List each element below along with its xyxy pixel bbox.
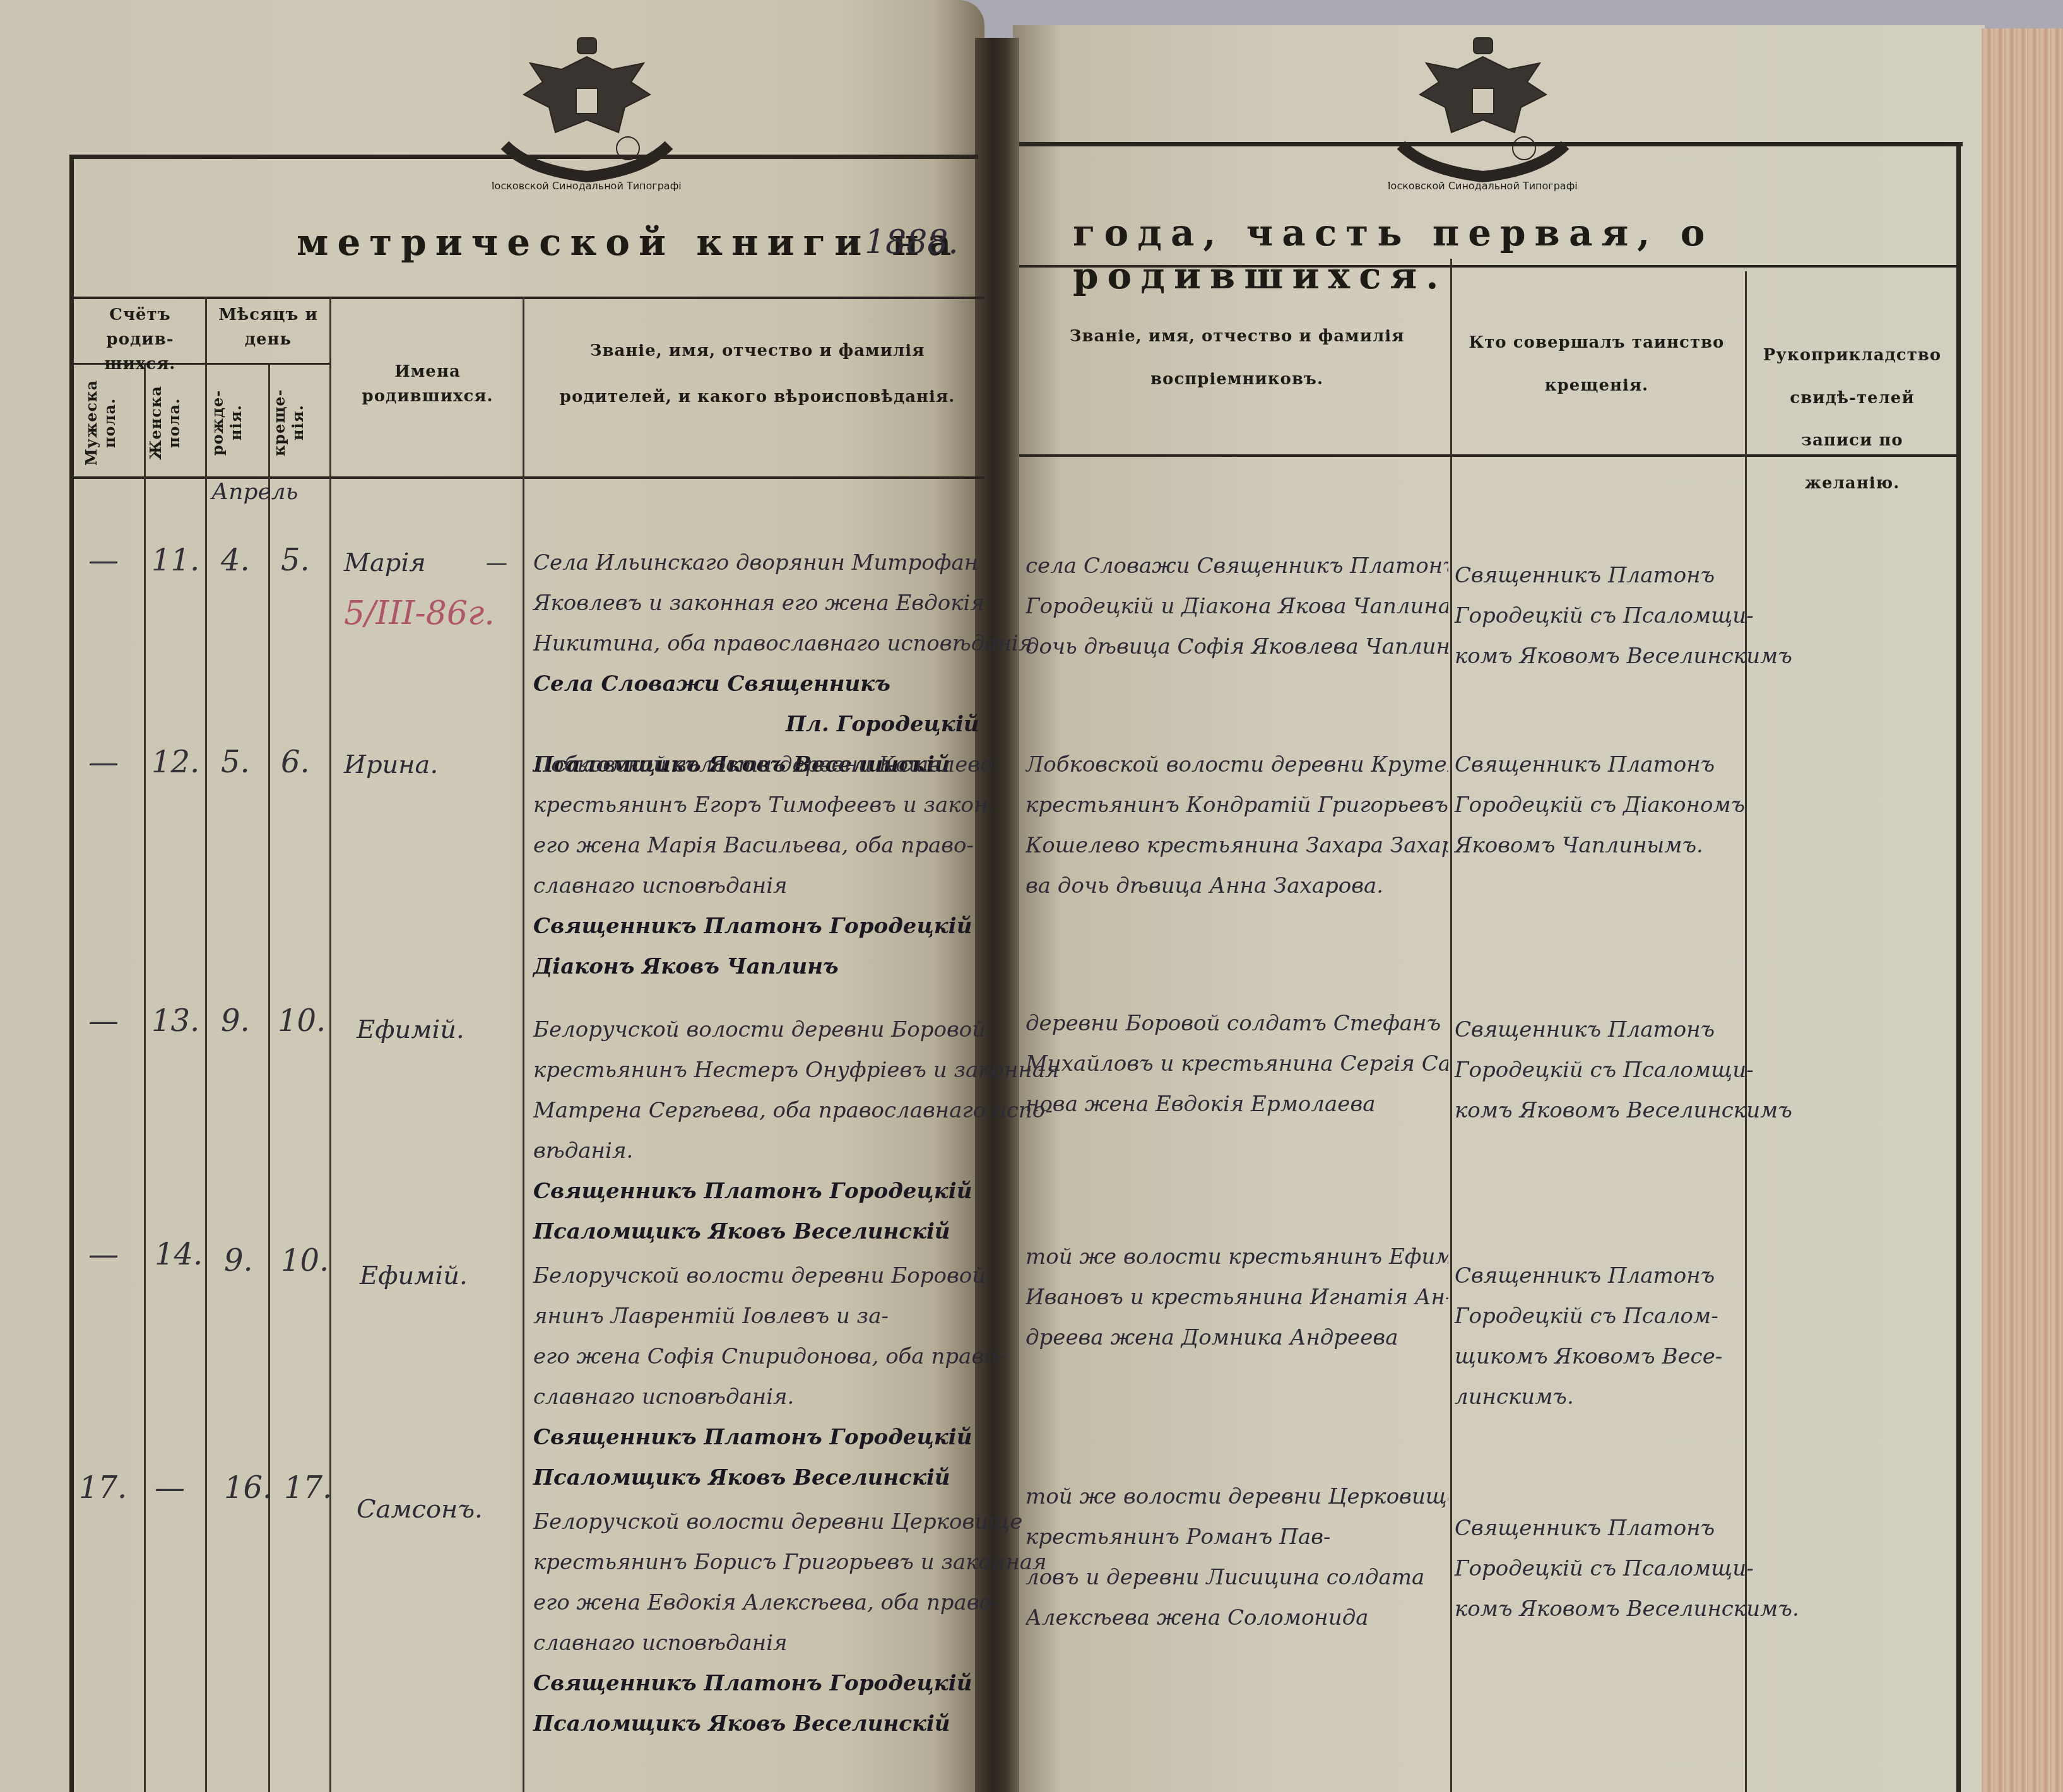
- left-frame-side: [69, 155, 74, 1792]
- col-line: [523, 297, 524, 1792]
- svg-text:Московской Синодальной Типогра: Московской Синодальной Типографіи: [492, 180, 682, 192]
- performed-line: Священникъ Платонъ: [1455, 1508, 1745, 1548]
- entry-child-name: Ефимій.: [357, 1010, 464, 1050]
- godparents-line: ва дочь дѣвица Анна Захарова.: [1026, 866, 1448, 906]
- entry-female-count: 13.: [151, 1003, 199, 1039]
- parents-line: вѣданія.: [533, 1131, 975, 1171]
- left-header-top-line: [73, 297, 984, 299]
- godparents-line: Городецкій и Діакона Якова Чаплина: [1026, 586, 1448, 627]
- godparents-line: дреева жена Домника Андреева: [1026, 1317, 1448, 1358]
- performed-line: комъ Яковомъ Веселинскимъ.: [1455, 1589, 1745, 1629]
- godparents-line: Ивановъ и крестьянина Игнатія Ан-: [1026, 1277, 1448, 1317]
- entry-performed-by: Священникъ Платонъ Городецкій съ Діаконо…: [1455, 745, 1745, 866]
- parents-line: Лобковской волости деревни Кошелево: [533, 745, 975, 785]
- godparents-line: той же волости крестьянинъ Ефимъ: [1026, 1237, 1448, 1277]
- right-frame-top: [1019, 142, 1963, 146]
- signature-line: Священникъ Платонъ Городецкій: [533, 906, 975, 946]
- header-count-born: Счётъ родив-шихся.: [74, 303, 206, 377]
- parents-line: крестьянинъ Егоръ Тимофеевъ и закон.: [533, 785, 975, 825]
- signature-line: Псаломщикъ Яковъ Веселинскій: [533, 1211, 975, 1252]
- right-page-title: года, часть первая, о родившихся.: [1073, 211, 2063, 297]
- header-month-day: Мѣсяцъ и день: [207, 303, 329, 352]
- entry-female-count: —: [155, 1470, 185, 1506]
- entry-godparents: деревни Боровой солдатъ Стефанъ Михайлов…: [1026, 1003, 1448, 1124]
- signature-line: Діаконъ Яковъ Чаплинъ: [533, 946, 975, 987]
- year-handwritten: 1888.: [865, 222, 959, 262]
- performed-line: Священникъ Платонъ: [1455, 1010, 1745, 1050]
- performed-line: Городецкій съ Псаломщи-: [1455, 1050, 1745, 1090]
- entry-child-name: Самсонъ.: [357, 1489, 483, 1530]
- entry-male-count: —: [88, 745, 119, 780]
- godparents-line: ловъ и деревни Лисицина солдата: [1026, 1557, 1448, 1598]
- performed-line: комъ Яковомъ Веселинскимъ: [1455, 1090, 1745, 1131]
- header-godparents: Званіе, имя, отчество и фамилія воспріем…: [1035, 315, 1439, 401]
- performed-line: Городецкій съ Псаломщи-: [1455, 1548, 1745, 1589]
- entry-male-count: 17.: [79, 1470, 127, 1506]
- godparents-line: деревни Боровой солдатъ Стефанъ: [1026, 1003, 1448, 1044]
- godparents-line: нова жена Евдокія Ермолаева: [1026, 1084, 1448, 1124]
- parents-line: Села Ильинскаго дворянин Митрофан: [533, 543, 975, 583]
- entry-birth-day: 9.: [224, 1243, 253, 1278]
- entry-godparents: той же волости крестьянинъ Ефимъ Ивановъ…: [1026, 1237, 1448, 1358]
- entry-baptism-day: 10.: [278, 1003, 326, 1039]
- imperial-eagle-emblem-icon: Московской Синодальной Типографіи: [1388, 13, 1578, 196]
- performed-line: Яковомъ Чаплинымъ.: [1455, 825, 1745, 866]
- parents-line: Никитина, оба православнаго исповѣданія: [533, 623, 975, 664]
- performed-line: Священникъ Платонъ: [1455, 1256, 1745, 1296]
- header-male: Мужеска пола.: [82, 375, 139, 470]
- entry-godparents: той же волости деревни Церковище крестья…: [1026, 1477, 1448, 1638]
- parents-line: Матрена Сергѣева, оба православнаго испо…: [533, 1090, 975, 1131]
- header-birth-day: рожде-нія.: [208, 375, 265, 470]
- entry-female-count: 11.: [151, 543, 199, 578]
- col-line: [329, 297, 331, 1792]
- entry-female-count: 14.: [155, 1237, 203, 1272]
- performed-line: Городецкій съ Псалом-: [1455, 1296, 1745, 1336]
- performed-line: линскимъ.: [1455, 1377, 1745, 1417]
- signature-line: Псаломщикъ Яковъ Веселинскій: [533, 1704, 975, 1744]
- entry-dash: —: [486, 543, 507, 583]
- entry-child-name: Марія: [344, 543, 426, 583]
- header-names: Имена родившихся.: [334, 360, 521, 409]
- parents-line: крестьянинъ Нестеръ Онуфріевъ и законная: [533, 1050, 975, 1090]
- performed-line: щикомъ Яковомъ Весе-: [1455, 1336, 1745, 1377]
- performed-line: Городецкій съ Псаломщи-: [1455, 596, 1745, 636]
- parents-line: Белоручской волости деревни Церковище: [533, 1502, 975, 1542]
- header-female: Женска пола.: [146, 375, 203, 470]
- godparents-line: той же волости деревни Церковище: [1026, 1477, 1448, 1517]
- entry-parents: Белоручской волости деревни Боровой янин…: [533, 1256, 975, 1498]
- parents-line: славнаго исповѣданія: [533, 866, 975, 906]
- godparents-line: крестьянинъ Кондратій Григорьевъ и дерев…: [1026, 785, 1448, 825]
- godparents-line: дочь дѣвица Софія Яковлева Чаплина: [1026, 627, 1448, 667]
- parents-line: его жена Евдокія Алексѣева, оба право-: [533, 1583, 975, 1623]
- signature-line: Священникъ Платонъ Городецкій: [533, 1417, 975, 1458]
- header-parents: Званіе, имя, отчество и фамилія родителе…: [536, 328, 978, 420]
- col-line: [205, 297, 207, 1792]
- col-line: [1450, 259, 1452, 1792]
- imperial-eagle-emblem-icon: Московской Синодальной Типографіи: [492, 13, 682, 196]
- entry-baptism-day: 10.: [281, 1243, 329, 1278]
- left-header-bottom-line: [73, 476, 984, 479]
- entry-female-count: 12.: [151, 745, 199, 780]
- entry-parents: Лобковской волости деревни Кошелево крес…: [533, 745, 975, 987]
- left-page-title: метрической книги на: [297, 221, 960, 264]
- performed-line: комъ Яковомъ Веселинскимъ: [1455, 636, 1745, 676]
- parents-line: Яковлевъ и законная его жена Евдокія: [533, 583, 975, 623]
- godparents-line: Алексѣева жена Соломонида: [1026, 1598, 1448, 1638]
- godparents-line: крестьянинъ Романъ Пав-: [1026, 1517, 1448, 1557]
- godparents-line: Лобковской волости деревни Крутелово: [1026, 745, 1448, 785]
- godparents-line: Михайловъ и крестьянина Сергія Сафо-: [1026, 1044, 1448, 1084]
- entry-parents: Белоручской волости деревни Боровой крес…: [533, 1010, 975, 1252]
- entry-male-count: —: [88, 1003, 119, 1039]
- entry-baptism-day: 5.: [281, 543, 310, 578]
- right-header-top-line: [1019, 265, 1960, 268]
- header-witnesses: Рукоприкладство свидѣ-телей записи по же…: [1751, 334, 1953, 505]
- signature-line: Псаломщикъ Яковъ Веселинскій: [533, 1458, 975, 1498]
- entry-name-note: 5/III-86г.: [344, 593, 495, 634]
- performed-line: Священникъ Платонъ: [1455, 745, 1745, 785]
- signature-line: Священникъ Платонъ Городецкій: [533, 1663, 975, 1704]
- col-line: [144, 363, 146, 1792]
- godparents-line: села Словажи Священникъ Платонъ: [1026, 546, 1448, 586]
- entry-performed-by: Священникъ Платонъ Городецкій съ Псалом-…: [1455, 1256, 1745, 1417]
- parents-line: славнаго исповѣданія.: [533, 1377, 975, 1417]
- parents-line: Белоручской волости деревни Боровой: [533, 1010, 975, 1050]
- performed-line: Священникъ Платонъ: [1455, 555, 1745, 596]
- entry-birth-day: 16.: [224, 1470, 272, 1506]
- entry-birth-day: 5.: [221, 745, 250, 780]
- parents-line: его жена Софія Спиридонова, оба право-: [533, 1336, 975, 1377]
- parents-line: его жена Марія Васильева, оба право-: [533, 825, 975, 866]
- entry-baptism-day: 17.: [284, 1470, 332, 1506]
- entry-performed-by: Священникъ Платонъ Городецкій съ Псаломщ…: [1455, 555, 1745, 676]
- entry-child-name: Ирина.: [344, 745, 438, 785]
- godparents-line: Кошелево крестьянина Захара Захаро-: [1026, 825, 1448, 866]
- entry-baptism-day: 6.: [281, 745, 310, 780]
- svg-text:Московской Синодальной Типогра: Московской Синодальной Типографіи: [1388, 180, 1578, 192]
- col-line: [268, 363, 270, 1792]
- parents-line: Белоручской волости деревни Боровой: [533, 1256, 975, 1296]
- signature-line: Пл. Городецкій: [533, 704, 975, 745]
- parents-line: славнаго исповѣданія: [533, 1623, 975, 1663]
- entry-male-count: —: [88, 543, 119, 578]
- left-frame-top: [69, 155, 978, 159]
- parents-line: крестьянинъ Борисъ Григорьевъ и законная: [533, 1542, 975, 1583]
- signature-line: Священникъ Платонъ Городецкій: [533, 1171, 975, 1211]
- header-performed-by: Кто совершалъ таинство крещенія.: [1458, 322, 1735, 407]
- entry-performed-by: Священникъ Платонъ Городецкій съ Псаломщ…: [1455, 1010, 1745, 1131]
- parents-line: янинъ Лаврентій Іовлевъ и за-: [533, 1296, 975, 1336]
- header-baptism-day: креще-нія.: [270, 375, 327, 470]
- right-frame-side: [1956, 142, 1961, 1792]
- entry-birth-day: 9.: [221, 1003, 250, 1039]
- entry-godparents: села Словажи Священникъ Платонъ Городецк…: [1026, 546, 1448, 667]
- entry-godparents: Лобковской волости деревни Крутелово кре…: [1026, 745, 1448, 906]
- performed-line: Городецкій съ Діакономъ: [1455, 785, 1745, 825]
- signature-line: Села Словажи Священникъ: [533, 664, 975, 704]
- entry-performed-by: Священникъ Платонъ Городецкій съ Псаломщ…: [1455, 1508, 1745, 1629]
- entry-child-name: Ефимій.: [360, 1256, 468, 1296]
- month-label: Апрель: [211, 472, 298, 512]
- entry-parents: Белоручской волости деревни Церковище кр…: [533, 1502, 975, 1744]
- entry-birth-day: 4.: [221, 543, 250, 578]
- entry-male-count: —: [88, 1237, 119, 1272]
